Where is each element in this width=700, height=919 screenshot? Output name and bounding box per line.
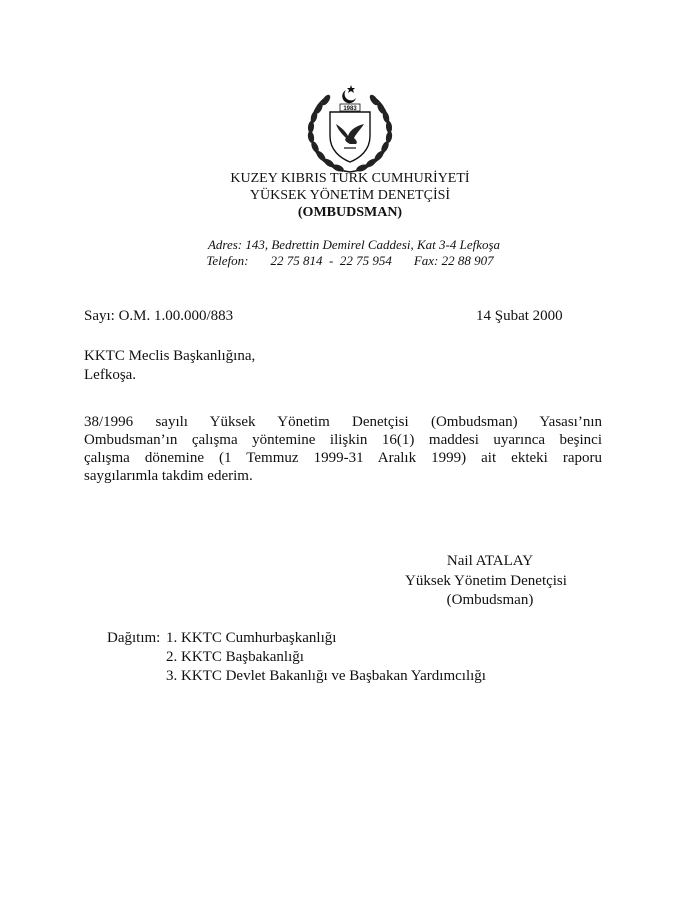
phone-numbers: 22 75 814 - 22 75 954 xyxy=(271,253,392,269)
letter-date: 14 Şubat 2000 xyxy=(476,307,563,325)
signatory-title: Yüksek Yönetim Denetçisi xyxy=(366,572,606,590)
office-name: YÜKSEK YÖNETİM DENETÇİSİ xyxy=(0,187,700,204)
body-line: 38/1996 sayılı Yüksek Yönetim Denetçisi … xyxy=(84,413,602,431)
distribution-item: 2. KKTC Başbakanlığı xyxy=(166,648,304,666)
recipient-city: Lefkoşa. xyxy=(84,366,136,384)
recipient-name: KKTC Meclis Başkanlığına, xyxy=(84,347,255,365)
fax-number: Fax: 22 88 907 xyxy=(414,253,494,269)
kktc-coat-of-arms-icon: 1983 xyxy=(302,84,398,176)
reference-number: Sayı: O.M. 1.00.000/883 xyxy=(84,307,233,325)
distribution-item: 3. KKTC Devlet Bakanlığı ve Başbakan Yar… xyxy=(166,667,486,685)
office-subtitle: (OMBUDSMAN) xyxy=(0,204,700,221)
address-line: Adres: 143, Bedrettin Demirel Caddesi, K… xyxy=(4,237,700,253)
country-name: KUZEY KIBRIS TÜRK CUMHURİYETİ xyxy=(0,170,700,187)
signatory-name: Nail ATALAY xyxy=(370,552,610,570)
distribution-item: 1. KKTC Cumhurbaşkanlığı xyxy=(166,629,336,647)
signatory-subtitle: (Ombudsman) xyxy=(370,591,610,609)
body-line: çalışma dönemine (1 Temmuz 1999-31 Aralı… xyxy=(84,449,602,467)
contact-line: Telefon:22 75 814 - 22 75 954Fax: 22 88 … xyxy=(0,253,700,269)
letter-body: 38/1996 sayılı Yüksek Yönetim Denetçisi … xyxy=(84,413,602,485)
body-line: saygılarımla takdim ederim. xyxy=(84,467,602,485)
svg-text:1983: 1983 xyxy=(343,106,357,112)
phone-label: Telefon: xyxy=(206,253,248,269)
body-line: Ombudsman’ın çalışma yöntemine ilişkin 1… xyxy=(84,431,602,449)
coat-of-arms-emblem: 1983 xyxy=(302,84,398,176)
distribution-label: Dağıtım: xyxy=(107,629,160,647)
